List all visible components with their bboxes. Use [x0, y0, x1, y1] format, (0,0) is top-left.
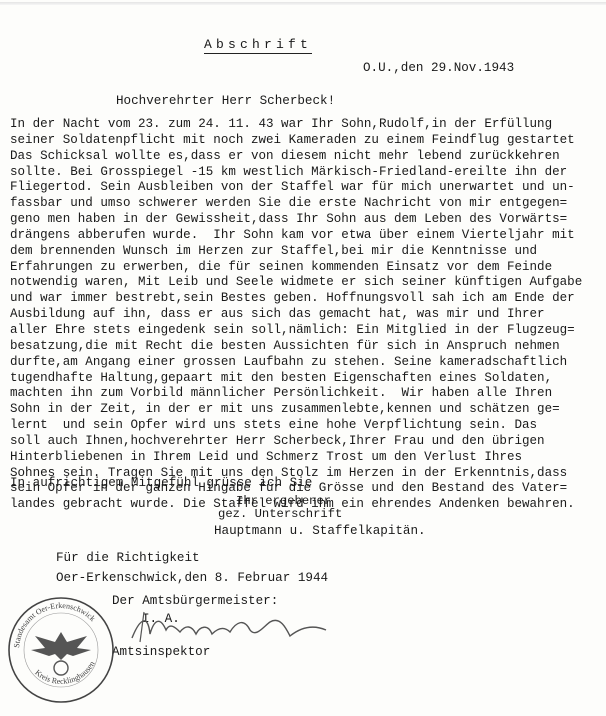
signature-line-1: Ihr ergebener: [236, 496, 331, 507]
document-title: Abschrift: [204, 38, 312, 54]
body-line: geno men haben in der Gewissheit,dass Ih…: [10, 212, 606, 228]
signature-line-2: gez. Unterschrift: [218, 507, 342, 521]
body-line: Das Schicksal wollte es,dass er von dies…: [10, 149, 606, 165]
body-line: dem brennenden Wunsch im Herzen zur Staf…: [10, 244, 606, 260]
body-line: Ausbildung auf ihn, dass er aus sich das…: [10, 307, 606, 323]
body-line: durfte,am Angang einer grossen Laufbahn …: [10, 355, 606, 371]
letter-body: In der Nacht vom 23. zum 24. 11. 43 war …: [10, 117, 606, 513]
body-line: In der Nacht vom 23. zum 24. 11. 43 war …: [10, 117, 606, 133]
body-line: notwendig waren, Mit Leib und Seele widm…: [10, 275, 606, 291]
signature-rank: Hauptmann u. Staffelkapitän.: [214, 524, 426, 538]
body-line: besatzung,die mit Recht die besten Aussi…: [10, 339, 606, 355]
closing-line: In aufrichtigem Mitgefühl grüsse ich Sie: [10, 476, 312, 490]
body-line: seiner Soldatenpflicht mit noch zwei Kam…: [10, 133, 606, 149]
certification-line-1: Für die Richtigkeit: [56, 551, 200, 565]
certification-place-date: Oer-Erkenschwick,den 8. Februar 1944: [56, 571, 328, 585]
body-line: Hinterbliebenen in Ihrem Leid und Schmer…: [10, 450, 606, 466]
eagle-seal-icon: [31, 632, 91, 675]
scan-edge: [0, 2, 606, 5]
official-stamp: Standesamt Oer-Erkenschwick Kreis Reckli…: [5, 594, 117, 706]
body-line: und war immer bestrebt,sein Bestes geben…: [10, 291, 606, 307]
body-line: sollte. Bei Grosspiegel -15 km westlich …: [10, 165, 606, 181]
body-line: tugendhafte Haltung,gepaart mit den best…: [10, 371, 606, 387]
body-line: Sohn in der Zeit, in der er mit uns zusa…: [10, 402, 606, 418]
salutation: Hochverehrter Herr Scherbeck!: [116, 94, 335, 108]
dateline: O.U.,den 29.Nov.1943: [363, 61, 514, 75]
body-line: Fliegertod. Sein Ausbleiben von der Staf…: [10, 180, 606, 196]
body-line: fassbar und umso schwerer werden Sie die…: [10, 196, 606, 212]
document-page: Abschrift O.U.,den 29.Nov.1943 Hochvereh…: [0, 0, 606, 716]
body-line: aller Ehre stets eingedenk sein soll,näm…: [10, 323, 606, 339]
body-line: machten ihn zum Vorbild männlicher Persö…: [10, 386, 606, 402]
body-line: Erfahrungen zu erwerben, die für seinen …: [10, 260, 606, 276]
body-line: drängens abberufen wurde. Ihr Sohn kam v…: [10, 228, 606, 244]
handwritten-signature-icon: [130, 608, 330, 648]
body-line: lernt und sein Opfer wird uns stets eine…: [10, 418, 606, 434]
certification-authority: Der Amtsbürgermeister:: [112, 594, 278, 608]
body-line: soll auch Ihnen,hochverehrter Herr Scher…: [10, 434, 606, 450]
